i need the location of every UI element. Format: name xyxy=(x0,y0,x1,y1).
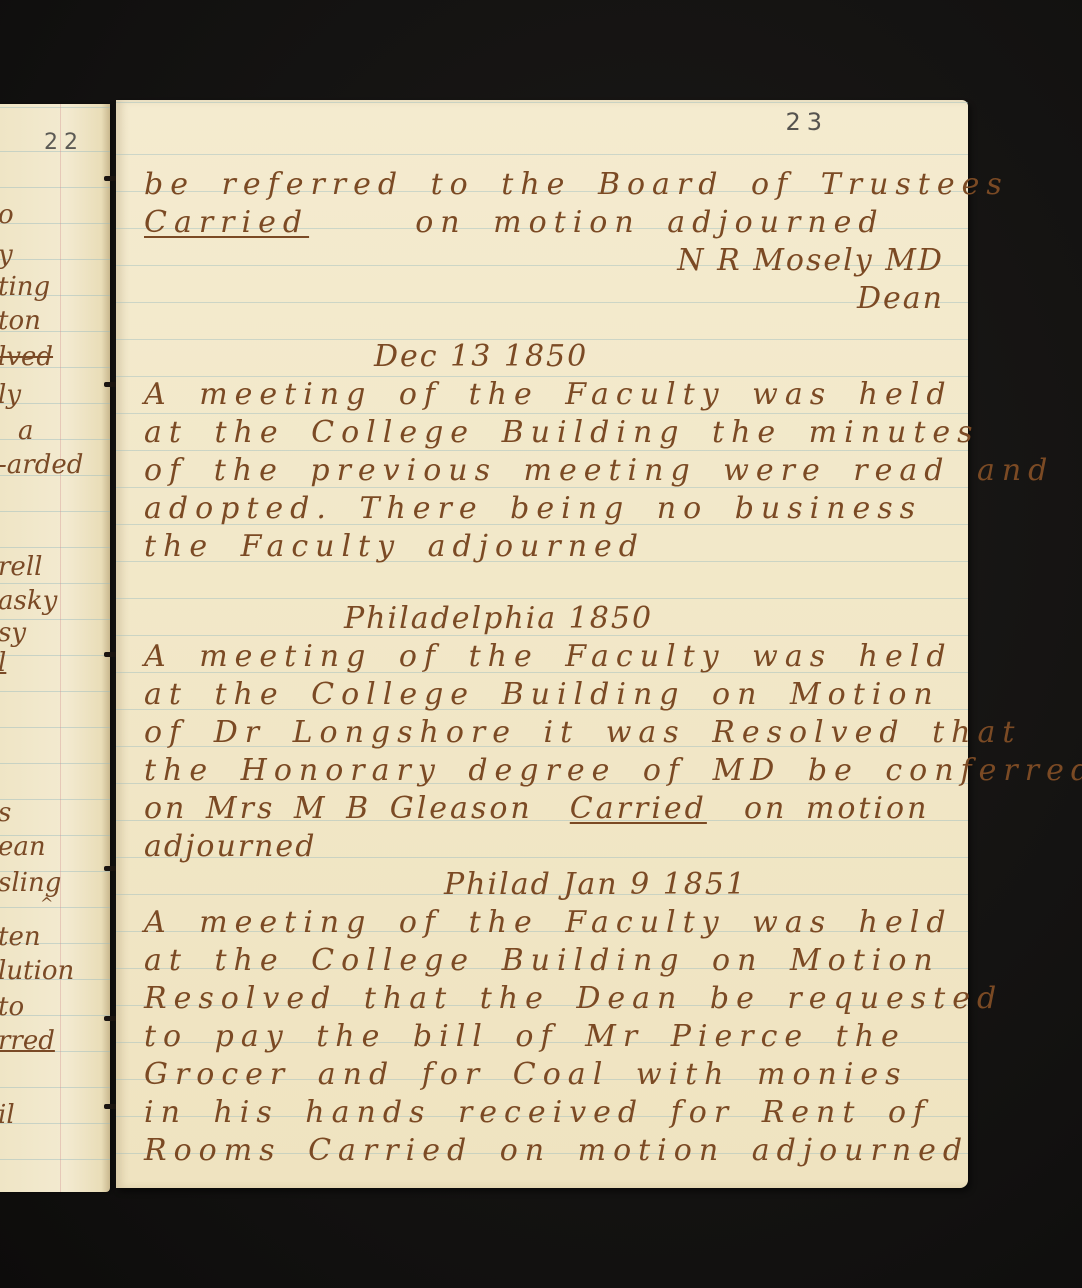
scan-background: 22 o y ting ton lved ly a -arded rell as… xyxy=(0,0,1082,1288)
left-fragment: sy xyxy=(0,618,26,648)
text-line: Rooms Carried on motion adjourned xyxy=(144,1132,954,1170)
left-fragment: ean xyxy=(0,832,46,862)
margin-line xyxy=(60,104,61,1192)
left-fragment: ton xyxy=(0,306,41,336)
text-line: at the College Building on Motion xyxy=(144,676,954,714)
text-line: A meeting of the Faculty was held xyxy=(144,638,954,676)
text-line: Grocer and for Coal with monies xyxy=(144,1056,954,1094)
text-line: A meeting of the Faculty was held xyxy=(144,376,954,414)
left-fragment: l xyxy=(0,648,6,678)
left-page: 22 o y ting ton lved ly a -arded rell as… xyxy=(0,104,110,1192)
entry-heading: Philad Jan 9 1851 xyxy=(144,866,954,904)
text-line: the Honorary degree of MD be conferred xyxy=(144,752,954,790)
text-line: at the College Building the minutes xyxy=(144,414,954,452)
left-fragment-struck: lved xyxy=(0,342,53,372)
left-fragment: a xyxy=(18,416,34,446)
text-line: of the previous meeting were read and xyxy=(144,452,954,490)
signature-title: Dean xyxy=(144,280,954,318)
page-number-left: 22 xyxy=(44,130,84,155)
left-fragment: o xyxy=(0,200,14,230)
manuscript-text: be referred to the Board of Trustees Car… xyxy=(144,166,954,1170)
left-fragment: il xyxy=(0,1100,15,1130)
text-line: the Faculty adjourned xyxy=(144,528,954,566)
text-line: at the College Building on Motion xyxy=(144,942,954,980)
entry-heading: Philadelphia 1850 xyxy=(144,600,954,638)
signature: N R Mosely MD xyxy=(144,242,954,280)
text-line: adjourned xyxy=(144,828,954,866)
underlined-word: Carried xyxy=(144,205,309,240)
left-fragment: -arded xyxy=(0,450,83,480)
right-page: 23 be referred to the Board of Trustees … xyxy=(116,100,968,1188)
left-fragment: ly xyxy=(0,380,21,410)
left-fragment: y xyxy=(0,240,13,270)
text-line: adopted. There being no business xyxy=(144,490,954,528)
text-line: to pay the bill of Mr Pierce the xyxy=(144,1018,954,1056)
left-fragment: lution xyxy=(0,956,74,986)
text-line: on Mrs M B Gleason Carried on motion xyxy=(144,790,954,828)
left-fragment: ting xyxy=(0,272,50,302)
left-fragment: asky xyxy=(0,586,57,616)
entry-heading: Dec 13 1850 xyxy=(144,338,954,376)
left-fragment: rell xyxy=(0,552,42,582)
left-fragment: s xyxy=(0,798,11,828)
text-line: A meeting of the Faculty was held xyxy=(144,904,954,942)
left-fragment: rred xyxy=(0,1026,55,1056)
text-line: Resolved that the Dean be requested xyxy=(144,980,954,1018)
underlined-word: Carried xyxy=(570,791,707,826)
text-line: of Dr Longshore it was Resolved that xyxy=(144,714,954,752)
left-fragment: to xyxy=(0,992,24,1022)
left-fragment: ten xyxy=(0,922,41,952)
left-fragment: ^ xyxy=(40,894,53,913)
text-line: Carried on motion adjourned xyxy=(144,204,954,242)
page-number-right: 23 xyxy=(785,108,828,136)
text-line: be referred to the Board of Trustees xyxy=(144,166,954,204)
text-line: in his hands received for Rent of xyxy=(144,1094,954,1132)
